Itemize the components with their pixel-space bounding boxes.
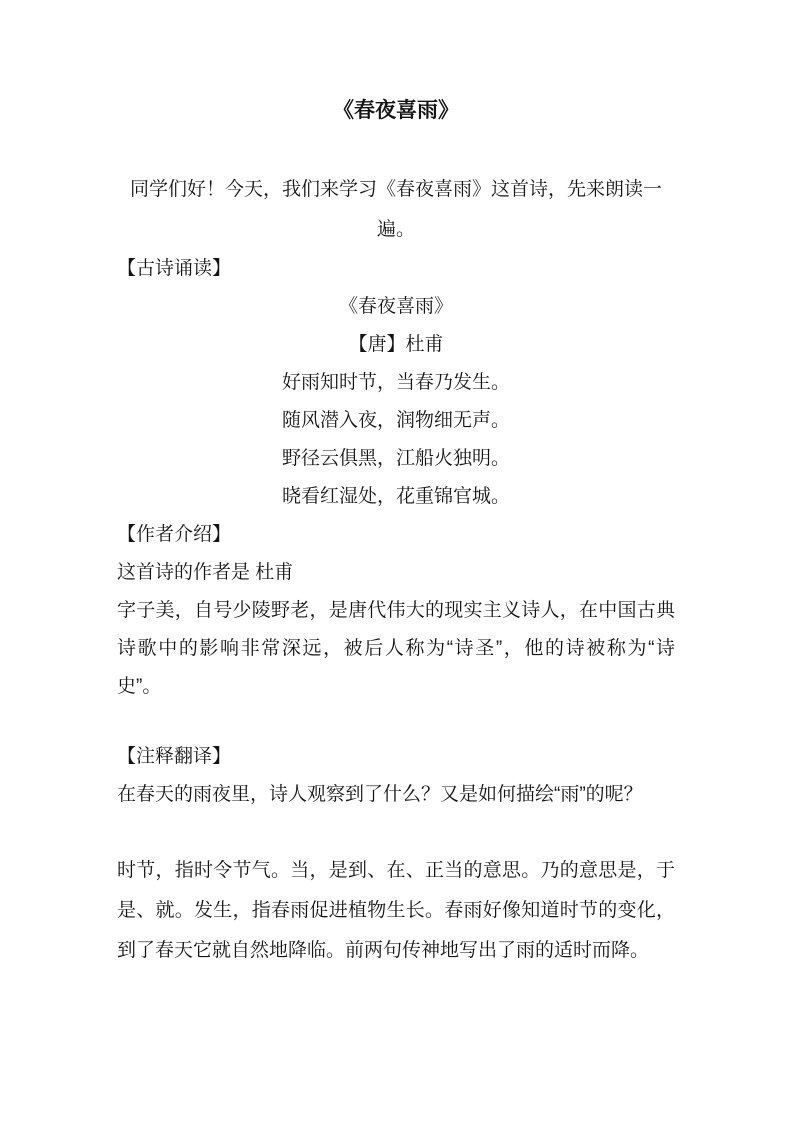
notes-line: 到了春天它就自然地降临。前两句传神地写出了雨的适时而降。 (117, 931, 675, 971)
poem-author: 【唐】杜甫 (117, 326, 675, 364)
section-header-recite: 【古诗诵读】 (117, 250, 675, 288)
author-bio-line: 史”。 (117, 668, 675, 706)
notes-line: 是、就。发生，指春雨促进植物生长。春雨好像知道时节的变化， (117, 891, 675, 931)
poem-line: 野径云俱黑，江船火独明。 (117, 440, 675, 478)
section-header-notes: 【注释翻译】 (117, 738, 675, 776)
section-header-author: 【作者介绍】 (117, 516, 675, 554)
author-intro-line: 这首诗的作者是 杜甫 (117, 554, 675, 592)
poem-line: 随风潜入夜，润物细无声。 (117, 402, 675, 440)
poem-line: 好雨知时节，当春乃发生。 (117, 364, 675, 402)
intro-line: 同学们好！今天，我们来学习《春夜喜雨》这首诗，先来朗读一 (117, 170, 675, 210)
notes-paragraph: 时节，指时令节气。当，是到、在、正当的意思。乃的意思是，于 是、就。发生，指春雨… (117, 851, 675, 971)
page-title: 《春夜喜雨》 (117, 97, 675, 125)
document-page: 《春夜喜雨》 同学们好！今天，我们来学习《春夜喜雨》这首诗，先来朗读一 遍。 【… (0, 0, 793, 1123)
notes-line: 时节，指时令节气。当，是到、在、正当的意思。乃的意思是，于 (117, 851, 675, 891)
poem-line: 晓看红湿处，花重锦官城。 (117, 478, 675, 516)
notes-question: 在春天的雨夜里，诗人观察到了什么？又是如何描绘“雨”的呢？ (117, 776, 675, 814)
poem-title: 《春夜喜雨》 (117, 288, 675, 326)
intro-paragraph: 同学们好！今天，我们来学习《春夜喜雨》这首诗，先来朗读一 遍。 (117, 170, 675, 250)
author-bio-paragraph: 字子美，自号少陵野老，是唐代伟大的现实主义诗人，在中国古典 诗歌中的影响非常深远… (117, 592, 675, 706)
poem-body: 好雨知时节，当春乃发生。 随风潜入夜，润物细无声。 野径云俱黑，江船火独明。 晓… (117, 364, 675, 516)
author-bio-line: 诗歌中的影响非常深远，被后人称为“诗圣”，他的诗被称为“诗 (117, 630, 675, 668)
author-bio-line: 字子美，自号少陵野老，是唐代伟大的现实主义诗人，在中国古典 (117, 592, 675, 630)
intro-line: 遍。 (117, 210, 675, 250)
